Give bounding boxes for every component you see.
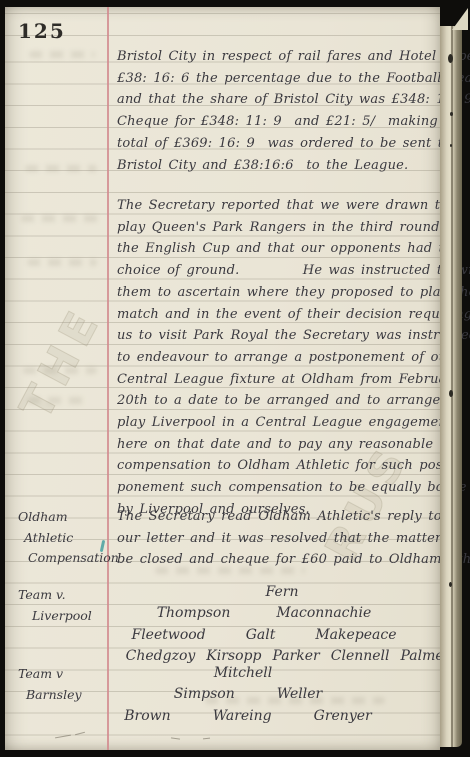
handwriting-line: 20th to a date to be arranged and to arr…	[117, 390, 459, 412]
player-name: Fleetwood	[131, 627, 205, 648]
bleed-through-mark	[27, 397, 87, 404]
handwriting-line: £38: 16: 6 the percentage due to the Foo…	[117, 68, 459, 90]
handwriting-line: match and in the event of their decision…	[117, 304, 459, 326]
team-row: Brown Wareing Grenyer	[77, 708, 419, 729]
page-edge-shadow-line	[451, 26, 453, 747]
paragraph-oldham-reply: The Secretary read Oldham Athletic's rep…	[117, 506, 459, 571]
handwriting-line: Bristol City in respect of rail fares an…	[117, 46, 459, 68]
handwriting-line: total of £369: 16: 9 was ordered to be s…	[117, 133, 459, 155]
handwriting-line: them to ascertain where they proposed to…	[117, 282, 459, 304]
bleed-through-mark	[23, 367, 97, 374]
handwriting-line: The Secretary reported that we were draw…	[117, 195, 459, 217]
handwriting-line: choice of ground. He was instructed to w…	[117, 260, 459, 282]
margin-note-line: Athletic	[18, 528, 113, 549]
margin-note-oldham-compensation: Oldham Athletic Compensation	[18, 507, 113, 569]
team-row: Simpson Weller	[77, 686, 419, 707]
handwriting-line: The Secretary read Oldham Athletic's rep…	[117, 506, 459, 528]
bleed-through-mark	[21, 215, 99, 222]
player-name: Fern	[266, 584, 299, 605]
bleed-through-mark	[29, 51, 95, 58]
handwriting-line: the English Cup and that our opponents h…	[117, 238, 459, 260]
player-name: Mitchell	[214, 665, 273, 686]
player-name: Grenyer	[314, 708, 372, 729]
handwriting-line: our letter and it was resolved that the …	[117, 528, 459, 550]
bleed-through-mark	[25, 165, 97, 172]
handwriting-line: be closed and cheque for £60 paid to Old…	[117, 549, 459, 571]
player-name: Thompson	[157, 605, 231, 626]
page-edge	[440, 26, 462, 747]
player-name: Simpson	[174, 686, 235, 707]
ink-spot	[449, 390, 453, 397]
minute-book-photo: 125 THE RUS Bristol City in respect of r…	[0, 0, 470, 757]
handwriting-line: and that the share of Bristol City was £…	[117, 89, 459, 111]
team-row: Fleetwood Galt Makepeace	[93, 627, 435, 648]
handwriting-line: Central League fixture at Oldham from Fe…	[117, 369, 459, 391]
ink-spot	[450, 144, 452, 147]
handwriting-line: here on that date and to pay any reasona…	[117, 434, 459, 456]
player-name: Maconnachie	[276, 605, 371, 626]
player-name: Brown	[124, 708, 170, 729]
margin-note-line: Team v.	[18, 585, 113, 606]
page-number: 125	[18, 19, 66, 43]
margin-note-line: Oldham	[18, 507, 113, 528]
player-name: Wareing	[213, 708, 272, 729]
ink-spot	[449, 582, 452, 587]
player-name: Weller	[277, 686, 322, 707]
handwriting-line: ponement such compensation to be equally…	[117, 477, 459, 499]
handwriting-line: play Liverpool in a Central League engag…	[117, 412, 459, 434]
team-row: Thompson Maconnachie	[93, 605, 435, 626]
player-name: Galt	[246, 627, 276, 648]
ink-spot	[448, 54, 453, 63]
handwriting-line: us to visit Park Royal the Secretary was…	[117, 325, 459, 347]
team-row: Fern	[111, 584, 453, 605]
handwriting-line: play Queen's Park Rangers in the third r…	[117, 217, 459, 239]
paragraph-bristol-city-expenses: Bristol City in respect of rail fares an…	[117, 46, 459, 176]
handwriting-line: Bristol City and £38:16:6 to the League.	[117, 155, 459, 177]
ledger-page: 125 THE RUS Bristol City in respect of r…	[5, 7, 440, 750]
handwriting-line: to endeavour to arrange a postponement o…	[117, 347, 459, 369]
team-list-barnsley: Mitchell Simpson Weller Brown Wareing Gr…	[117, 665, 459, 729]
ink-spot	[450, 112, 453, 116]
handwriting-line: Cheque for £348: 11: 9 and £21: 5/ makin…	[117, 111, 459, 133]
team-list-liverpool: Fern Thompson Maconnachie Fleetwood Galt…	[117, 584, 459, 670]
margin-note-line: Compensation	[18, 548, 113, 569]
bleed-through-mark	[27, 259, 97, 266]
player-name: Makepeace	[315, 627, 396, 648]
handwriting-line: compensation to Oldham Athletic for such…	[117, 455, 459, 477]
paragraph-cup-draw-report: The Secretary reported that we were draw…	[117, 195, 459, 521]
team-row: Mitchell	[72, 665, 414, 686]
